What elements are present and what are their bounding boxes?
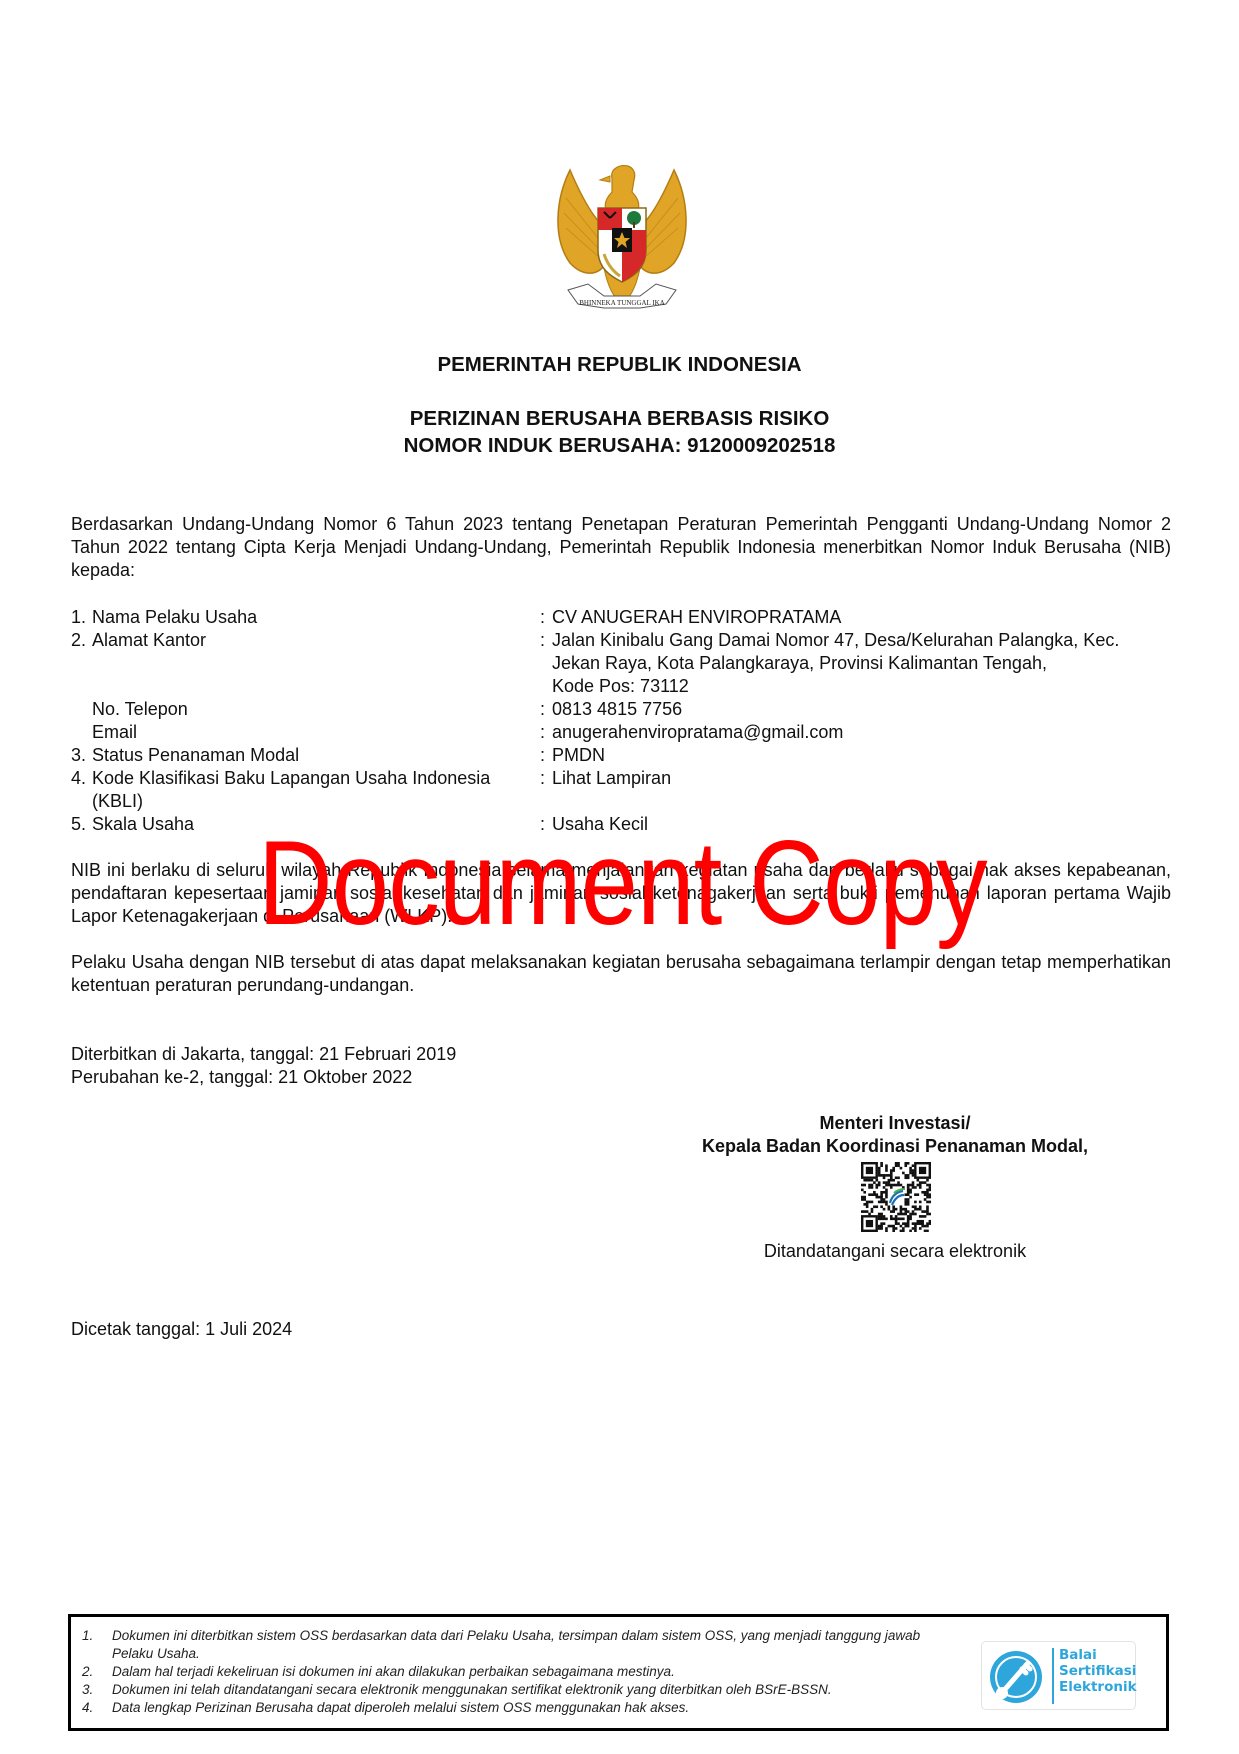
detail-value-investment-status: :PMDN — [540, 744, 605, 767]
detail-value-email: :anugerahenviropratama@gmail.com — [540, 721, 843, 744]
detail-label-kbli-cont: (KBLI) — [71, 790, 143, 813]
detail-label-email: Email — [71, 721, 137, 744]
bsre-logo-text: Balai Sertifikasi Elektronik — [1059, 1647, 1137, 1695]
document-title: PERIZINAN BERUSAHA BERBASIS RISIKO — [0, 407, 1239, 431]
footer-note-4: 4.Data lengkap Perizinan Berusaha dapat … — [82, 1699, 689, 1717]
footer-note-1: 1.Dokumen ini diterbitkan sistem OSS ber… — [82, 1627, 920, 1645]
footer-note-1-cont: Pelaku Usaha. — [112, 1645, 200, 1663]
garuda-emblem-icon: BHINNEKA TUNGGAL IKA — [548, 158, 696, 324]
svg-text:BHINNEKA TUNGGAL IKA: BHINNEKA TUNGGAL IKA — [579, 299, 665, 307]
printed-date: Dicetak tanggal: 1 Juli 2024 — [71, 1318, 292, 1341]
amendment-date: Perubahan ke-2, tanggal: 21 Oktober 2022 — [71, 1066, 412, 1089]
detail-value-phone: :0813 4815 7756 — [540, 698, 682, 721]
nib-number: NOMOR INDUK BERUSAHA: 9120009202518 — [0, 434, 1239, 458]
detail-value-kbli: :Lihat Lampiran — [540, 767, 671, 790]
detail-label-phone: No. Telepon — [71, 698, 188, 721]
intro-paragraph: Berdasarkan Undang-Undang Nomor 6 Tahun … — [71, 513, 1171, 582]
detail-label-address: 2.Alamat Kantor — [71, 629, 206, 652]
signatory-title-line2: Kepala Badan Koordinasi Penanaman Modal, — [690, 1135, 1100, 1158]
footer-note-3: 3.Dokumen ini telah ditandatangani secar… — [82, 1681, 832, 1699]
detail-label-name: 1.Nama Pelaku Usaha — [71, 606, 257, 629]
qr-code-icon — [861, 1162, 931, 1232]
detail-value-address-line2: Jekan Raya, Kota Palangkaraya, Provinsi … — [552, 652, 1047, 675]
footer-note-2: 2.Dalam hal terjadi kekeliruan isi dokum… — [82, 1663, 675, 1681]
detail-label-kbli: 4.Kode Klasifikasi Baku Lapangan Usaha I… — [71, 767, 490, 790]
detail-value-name: :CV ANUGERAH ENVIROPRATAMA — [540, 606, 841, 629]
bsre-logo: Balai Sertifikasi Elektronik — [981, 1641, 1136, 1710]
document-copy-watermark: Document Copy — [258, 818, 987, 948]
government-heading: PEMERINTAH REPUBLIK INDONESIA — [0, 353, 1239, 377]
issued-date: Diterbitkan di Jakarta, tanggal: 21 Febr… — [71, 1043, 456, 1066]
detail-label-investment-status: 3.Status Penanaman Modal — [71, 744, 299, 767]
logo-divider — [1052, 1648, 1054, 1704]
signatory-title-line1: Menteri Investasi/ — [690, 1112, 1100, 1135]
detail-value-address-line3: Kode Pos: 73112 — [552, 675, 689, 698]
detail-label-scale: 5.Skala Usaha — [71, 813, 194, 836]
key-icon — [988, 1649, 1044, 1705]
e-signature-note: Ditandatangani secara elektronik — [690, 1240, 1100, 1263]
permission-paragraph: Pelaku Usaha dengan NIB tersebut di atas… — [71, 951, 1171, 997]
detail-value-address: :Jalan Kinibalu Gang Damai Nomor 47, Des… — [540, 629, 1119, 652]
